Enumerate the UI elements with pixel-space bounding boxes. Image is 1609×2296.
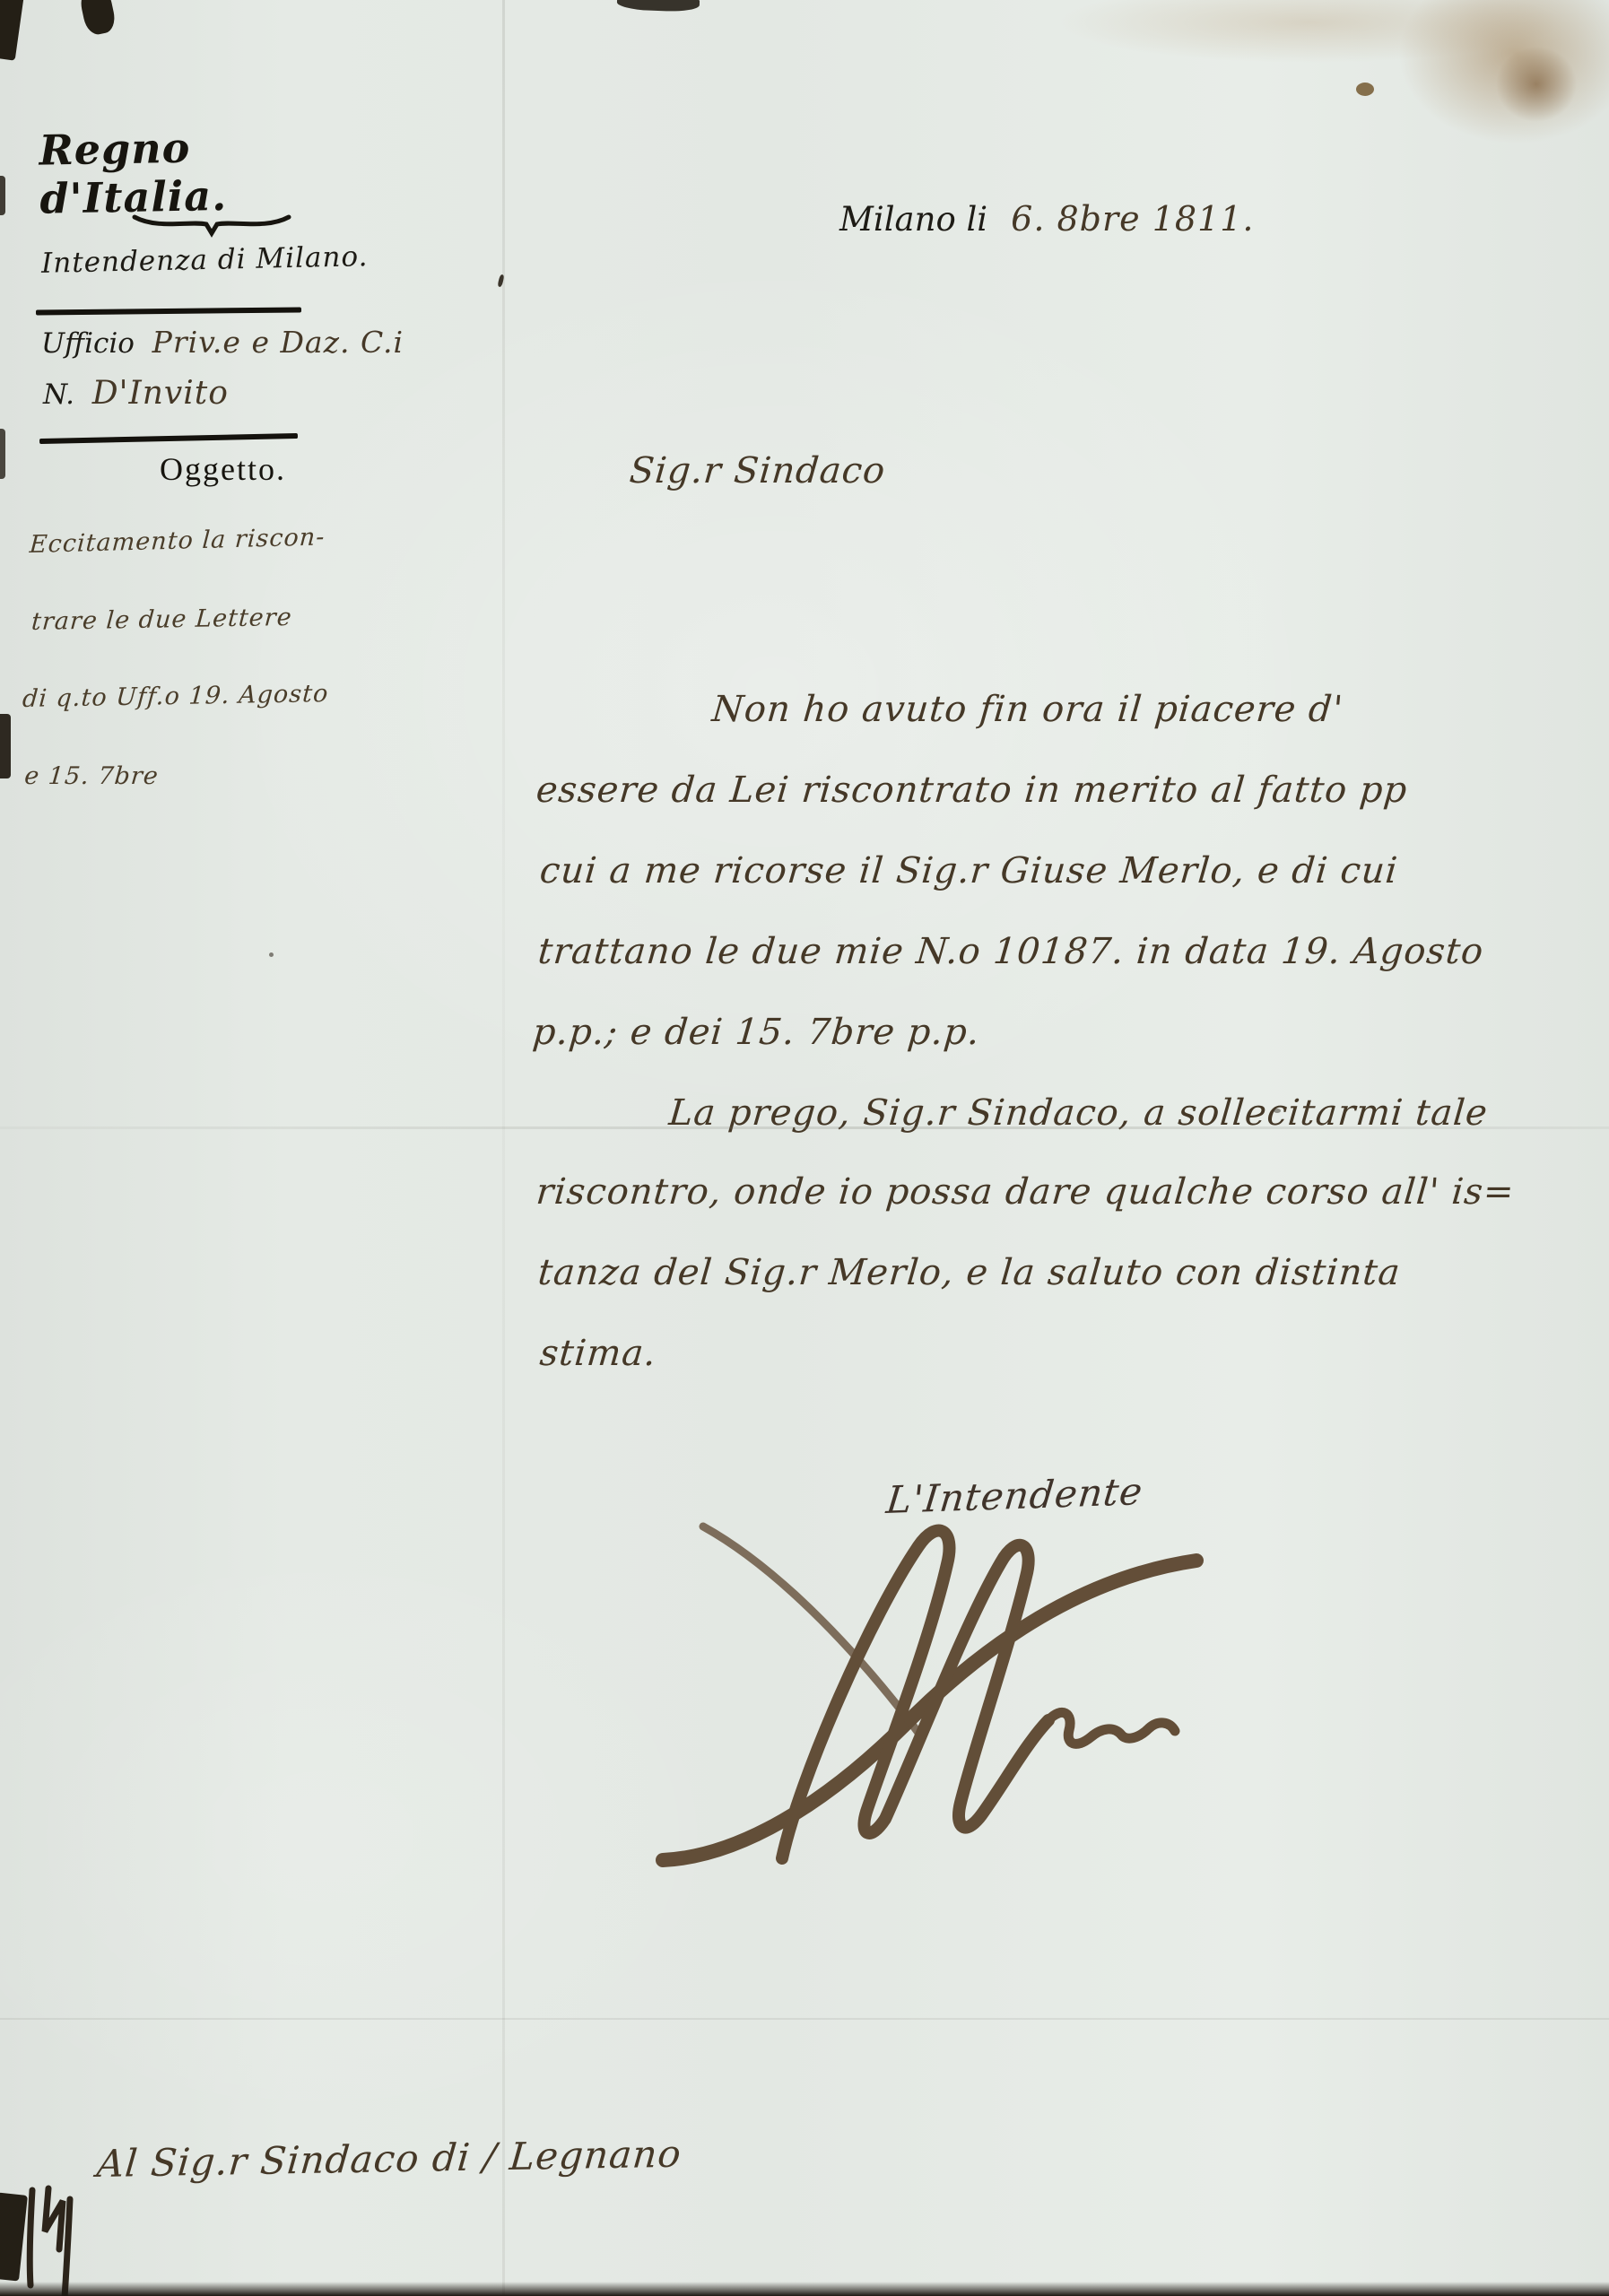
fold-crease xyxy=(0,2018,1609,2020)
subject-note-line: Eccitamento la riscon- xyxy=(29,523,326,559)
subject-label: Oggetto. xyxy=(160,450,286,488)
registry-mark xyxy=(23,2185,95,2296)
bureau-value: Priv.e e Daz. C.i xyxy=(152,325,404,360)
page-edge-shadow xyxy=(0,2282,1609,2296)
body-line: p.p.; e dei 15. 7bre p.p. xyxy=(531,1012,982,1053)
office-title: Intendenza di Milano. xyxy=(41,240,369,280)
edge-mark xyxy=(617,0,700,13)
subject-note-line: e 15. 7bre xyxy=(23,762,160,790)
subject-note-line: di q.to Uff.o 19. Agosto xyxy=(22,680,329,713)
kingdom-title: Regno d'Italia. xyxy=(39,121,309,222)
footer-address: Al Sig.r Sindaco di / Legnano xyxy=(95,2132,683,2186)
edge-mark xyxy=(78,0,117,37)
bureau-line: Ufficio Priv.e e Daz. C.i xyxy=(41,325,404,360)
letterhead-rule-bottom xyxy=(39,433,298,444)
paper-stain xyxy=(1356,83,1374,96)
letterhead-brace-icon xyxy=(131,210,292,237)
paper-stain xyxy=(1399,0,1609,143)
edge-mark xyxy=(0,429,5,479)
body-line: essere da Lei riscontrato in merito al f… xyxy=(535,770,1409,811)
dateline: Milano li6. 8bre 1811. xyxy=(839,199,1255,239)
paper-stain xyxy=(1496,47,1577,122)
body-line: Non ho avuto fin ora il piacere d' xyxy=(710,689,1345,730)
fold-crease xyxy=(502,0,505,2296)
letterhead-rule-top xyxy=(36,307,301,315)
number-label: N. xyxy=(43,378,74,411)
ink-speck xyxy=(497,274,504,288)
letter-page: Regno d'Italia. Intendenza di Milano. Uf… xyxy=(0,0,1609,2296)
subject-note-line: trare le due Lettere xyxy=(30,604,293,636)
edge-mark xyxy=(0,176,5,215)
dateline-handwritten: 6. 8bre 1811. xyxy=(1011,199,1254,239)
number-line: N. D'Invito xyxy=(43,375,229,412)
number-value: D'Invito xyxy=(92,375,229,412)
body-line: tanza del Sig.r Merlo, e la saluto con d… xyxy=(536,1252,1403,1293)
dateline-printed: Milano li xyxy=(839,200,987,239)
body-line: stima. xyxy=(538,1333,658,1374)
body-line: La prego, Sig.r Sindaco, a sollecitarmi … xyxy=(667,1092,1490,1134)
body-line: riscontro, onde io possa dare qualche co… xyxy=(535,1171,1517,1213)
body-line: cui a me ricorse il Sig.r Giuse Merlo, e… xyxy=(538,850,1400,891)
signature-flourish xyxy=(649,1509,1241,1867)
paper-stain xyxy=(1058,0,1561,63)
salutation: Sig.r Sindaco xyxy=(628,450,887,491)
body-line: trattano le due mie N.o 10187. in data 1… xyxy=(536,931,1485,972)
edge-mark xyxy=(0,0,24,61)
bureau-label: Ufficio xyxy=(41,327,135,360)
edge-mark xyxy=(0,714,11,778)
ink-speck xyxy=(269,952,274,957)
